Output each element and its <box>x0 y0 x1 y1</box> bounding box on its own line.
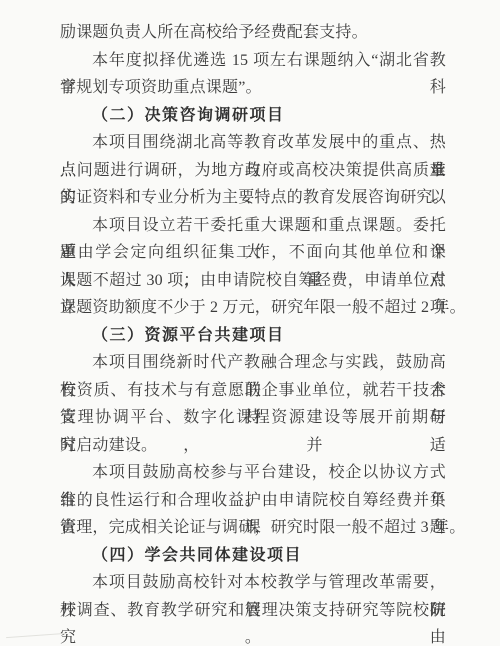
document-body: 励课题负责人所在高校给予经费配套支持。 本年度拟择优遴选 15 项左右课题纳入“… <box>60 19 446 624</box>
document-line: 本项目鼓励高校针对本校教学与管理改革需要，开展院 <box>60 569 446 597</box>
document-line: 励课题负责人所在高校给予经费配套支持。 <box>60 19 446 47</box>
document-line: 台的良性运行和合理收益。由申请院校自筹经费并负责课题 <box>60 487 446 515</box>
document-line: 本项目围绕新时代产教融合理念与实践，鼓励高校联合 <box>60 349 446 377</box>
document-line: 本年度拟择优遴选 15 项左右课题纳入“湖北省教育科 <box>60 47 446 75</box>
section-heading-4: （四）学会共同体建设项目 <box>60 542 446 570</box>
document-line: 有资质、有技术与有意愿的企事业单位，就若干技术支持与 <box>60 377 446 405</box>
document-line: 管理协调平台、数字化课程资源建设等展开前期研究，并适 <box>60 404 446 432</box>
document-line: 本项目鼓励高校参与平台建设，校企以协议方式维护平 <box>60 459 446 487</box>
document-line: 点问题进行调研，为地方政府或高校决策提供高质量的、以 <box>60 157 446 185</box>
document-line: 本项目设立若干委托重大课题和重点课题。委托重大课 <box>60 212 446 240</box>
document-line: 课题不超过 30 项，由申请院校自筹经费，申请单位对立项 <box>60 267 446 295</box>
document-line: 本项目围绕湖北高等教育改革发展中的重点、热点与难 <box>60 129 446 157</box>
document-line: 题由学会定向组织征集工作，不面向其他单位和个人；重点 <box>60 239 446 267</box>
document-line: 实证资料和专业分析为主要特点的教育发展咨询研究。 <box>60 184 446 212</box>
scan-artifact-line <box>6 633 66 638</box>
document-line: 课题资助额度不少于 2 万元，研究年限一般不超过 2 年。 <box>60 294 446 322</box>
document-line: 管理，完成相关论证与调研，研究时限一般不超过 3 年。 <box>60 514 446 542</box>
section-heading-2: （二）决策咨询调研项目 <box>60 102 446 130</box>
document-line: 校调查、教育教学研究和管理决策支持研究等院校研究。由 <box>60 597 446 625</box>
section-heading-3: （三）资源平台共建项目 <box>60 322 446 350</box>
document-page: 励课题负责人所在高校给予经费配套支持。 本年度拟择优遴选 15 项左右课题纳入“… <box>0 0 500 646</box>
